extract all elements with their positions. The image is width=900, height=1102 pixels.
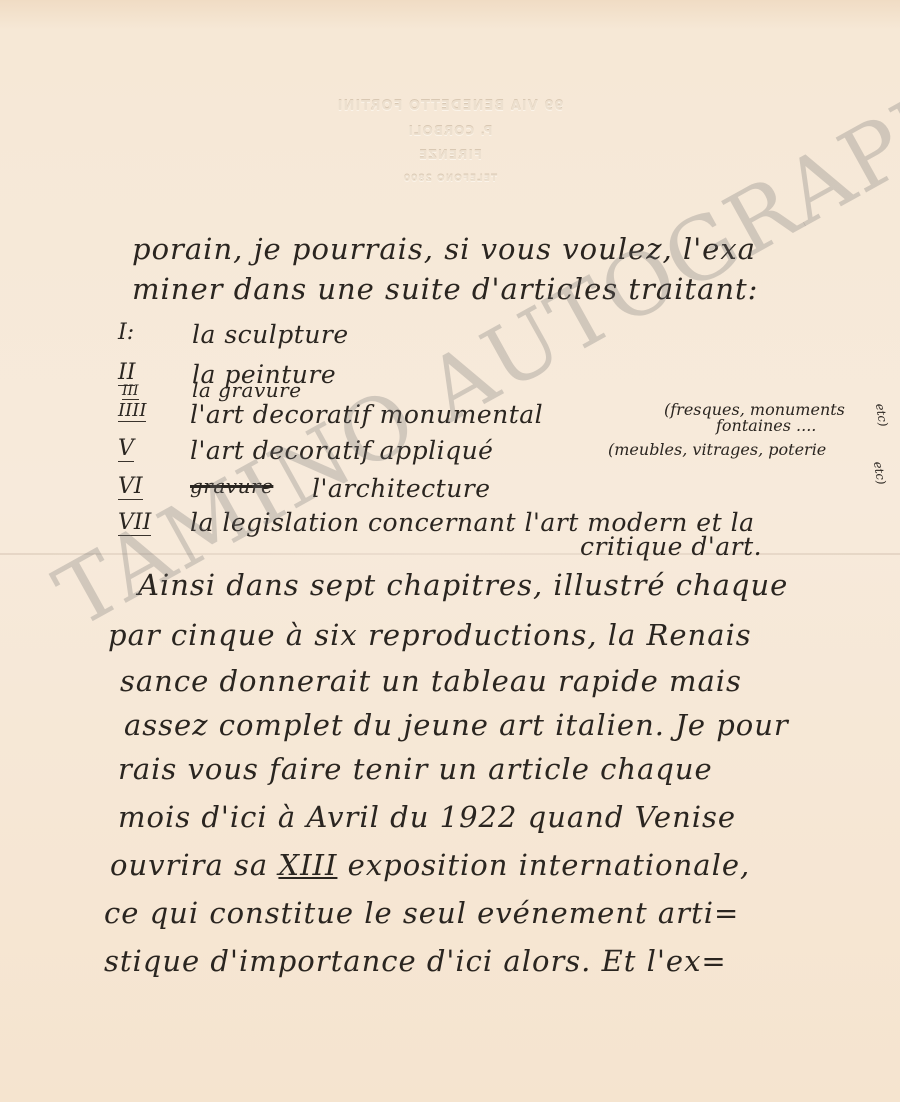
paragraph-line-2: par cinque à six reproductions, la Renai… bbox=[108, 618, 752, 652]
paragraph-line-1: Ainsi dans sept chapitres, illustré chaq… bbox=[138, 568, 788, 602]
paragraph-line-7-end: exposition internationale, bbox=[348, 848, 751, 882]
chapter-6-struck-word: gravure bbox=[190, 474, 273, 498]
paragraph-line-9: stique d'importance d'ici alors. Et l'ex… bbox=[104, 944, 727, 978]
chapter-7-number: VII bbox=[118, 512, 151, 536]
chapter-3-title: la gravure bbox=[192, 378, 302, 402]
chapter-6-title: l'architecture bbox=[312, 474, 491, 503]
chapter-1-title: la sculpture bbox=[192, 320, 349, 349]
embossed-letterhead: 99 VIA BENEDETTO FORTINI P. CORBOLI FIRE… bbox=[0, 95, 900, 191]
intro-line-1: porain, je pourrais, si vous voulez, l'e… bbox=[132, 232, 756, 266]
chapter-6-number: VI bbox=[118, 476, 143, 500]
chapter-1-number: I: bbox=[118, 322, 134, 345]
letterhead-phone: TELEFONO 2800 bbox=[0, 167, 900, 191]
letterhead-city: FIRENZE bbox=[0, 143, 900, 167]
letterhead-name: P. CORBOLI bbox=[0, 119, 900, 143]
paragraph-line-7-start: ouvrira sa bbox=[110, 848, 268, 882]
chapter-4-title: l'art decoratif monumental bbox=[190, 400, 543, 429]
paragraph-line-7: ouvrira sa XIII exposition international… bbox=[110, 848, 750, 882]
chapter-3-number: III bbox=[122, 384, 139, 400]
fold-crease bbox=[0, 553, 900, 555]
chapter-5-title: l'art decoratif appliqué bbox=[190, 436, 493, 465]
paragraph-line-8: ce qui constitue le seul evénement arti= bbox=[104, 896, 739, 930]
paragraph-line-5: rais vous faire tenir un article chaque bbox=[118, 752, 713, 786]
chapter-5-note: (meubles, vitrages, poterie bbox=[608, 440, 826, 459]
letterhead-address: 99 VIA BENEDETTO FORTINI bbox=[0, 95, 900, 119]
chapter-5-number: V bbox=[118, 438, 134, 462]
exhibition-numeral: XIII bbox=[278, 848, 337, 882]
intro-line-2: miner dans une suite d'articles traitant… bbox=[132, 272, 758, 306]
paragraph-line-6: mois d'ici à Avril du 1922 quand Venise bbox=[118, 800, 736, 834]
chapter-4-note-2: fontaines .... bbox=[716, 416, 816, 435]
chapter-4-number: IIII bbox=[118, 402, 146, 422]
paragraph-line-4: assez complet du jeune art italien. Je p… bbox=[124, 708, 789, 742]
chapter-7-title-cont: critique d'art. bbox=[580, 532, 762, 561]
paragraph-line-3: sance donnerait un tableau rapide mais bbox=[120, 664, 742, 698]
